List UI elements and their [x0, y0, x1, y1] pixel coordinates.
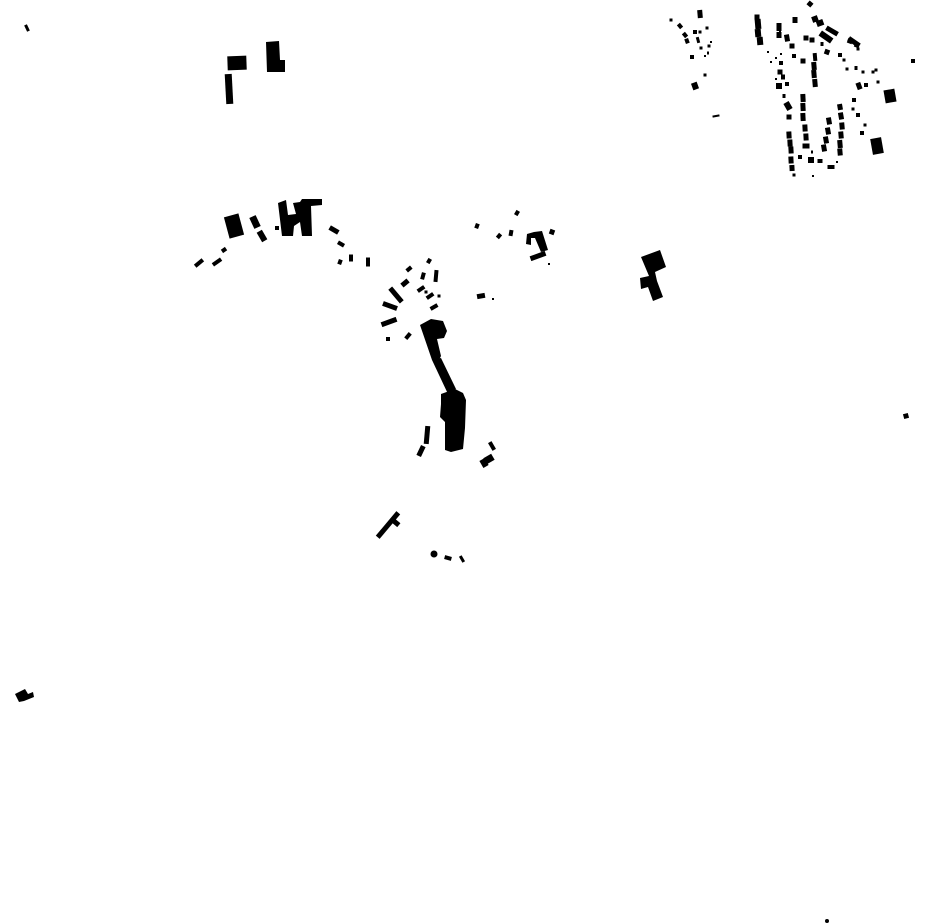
building-footprint — [852, 108, 855, 111]
building-footprint — [786, 131, 791, 138]
building-footprint — [812, 79, 818, 87]
building-footprint — [275, 226, 279, 230]
building-footprint — [877, 81, 880, 84]
building-footprint — [838, 53, 842, 57]
building-footprint — [704, 55, 706, 57]
building-footprint — [787, 139, 792, 146]
building-footprint — [839, 122, 845, 129]
building-footprint — [818, 159, 823, 163]
building-footprint — [787, 115, 792, 120]
building-footprint — [755, 15, 760, 20]
building-footprint — [838, 131, 844, 138]
building-footprint — [825, 919, 829, 923]
building-footprint — [779, 61, 783, 65]
building-footprint — [837, 104, 843, 111]
building-footprint — [777, 23, 782, 31]
building-footprint — [779, 31, 781, 33]
building-footprint — [755, 19, 762, 29]
building-footprint — [670, 19, 673, 22]
building-footprint — [837, 140, 843, 148]
building-footprint — [783, 94, 786, 98]
building-footprint — [802, 124, 807, 131]
building-footprint — [800, 103, 805, 111]
building-footprint — [770, 61, 772, 63]
building-footprint — [843, 59, 846, 62]
building-footprint — [883, 89, 896, 104]
building-footprint — [790, 44, 795, 49]
building-footprint — [788, 156, 793, 163]
building-footprint — [227, 56, 246, 71]
building-footprint — [911, 59, 915, 63]
building-footprint — [846, 68, 849, 71]
building-footprint — [697, 10, 703, 18]
building-footprint — [792, 54, 796, 58]
building-footprint — [710, 41, 712, 43]
building-footprint — [789, 165, 794, 171]
building-footprint — [700, 47, 703, 50]
building-footprint — [855, 66, 858, 70]
building-footprint-map — [0, 0, 930, 924]
building-footprint — [757, 37, 764, 45]
building-footprint — [864, 83, 868, 87]
building-footprint — [857, 48, 860, 51]
building-footprint — [788, 146, 793, 153]
building-footprint — [693, 30, 697, 34]
building-footprint — [821, 42, 824, 46]
building-footprint — [811, 70, 817, 78]
building-footprint — [767, 51, 769, 53]
building-footprint — [708, 45, 711, 48]
building-footprint — [492, 298, 494, 300]
building-footprint — [366, 258, 370, 267]
building-footprint — [386, 337, 390, 341]
building-footprint — [548, 263, 550, 265]
building-footprint — [798, 155, 802, 159]
building-footprint — [425, 291, 428, 294]
building-footprint — [860, 131, 864, 135]
building-footprint — [837, 148, 843, 155]
building-footprint — [793, 174, 796, 177]
building-footprint — [706, 27, 709, 30]
building-footprint — [856, 113, 860, 117]
building-footprint — [785, 82, 789, 86]
building-footprint — [781, 75, 785, 80]
building-footprint — [811, 151, 813, 154]
building-footprint — [349, 255, 353, 262]
building-footprint — [438, 295, 441, 298]
building-footprint — [801, 59, 806, 64]
building-footprint — [864, 124, 867, 127]
building-footprint — [778, 70, 783, 75]
building-footprint — [862, 71, 865, 74]
building-footprint — [690, 55, 694, 59]
building-footprint — [780, 53, 782, 55]
building-footprint — [800, 113, 805, 121]
building-footprint — [813, 53, 818, 61]
building-footprint — [852, 98, 856, 102]
map-background — [0, 0, 930, 924]
building-footprint — [828, 165, 835, 169]
building-footprint — [810, 38, 815, 43]
building-footprint — [431, 551, 438, 558]
building-footprint — [775, 78, 777, 80]
building-footprint — [707, 52, 709, 55]
building-footprint — [755, 29, 762, 37]
building-footprint — [812, 175, 814, 177]
building-footprint — [775, 57, 777, 59]
building-footprint — [803, 144, 810, 149]
building-footprint — [836, 161, 838, 163]
building-footprint — [803, 133, 808, 140]
building-footprint — [793, 17, 798, 23]
building-footprint — [872, 71, 875, 74]
building-footprint — [699, 31, 702, 34]
building-footprint — [776, 83, 782, 89]
building-footprint — [808, 157, 814, 163]
building-footprint — [875, 69, 878, 72]
building-footprint — [800, 94, 805, 102]
building-footprint — [811, 62, 817, 70]
building-footprint — [804, 36, 809, 41]
building-footprint — [704, 74, 707, 77]
